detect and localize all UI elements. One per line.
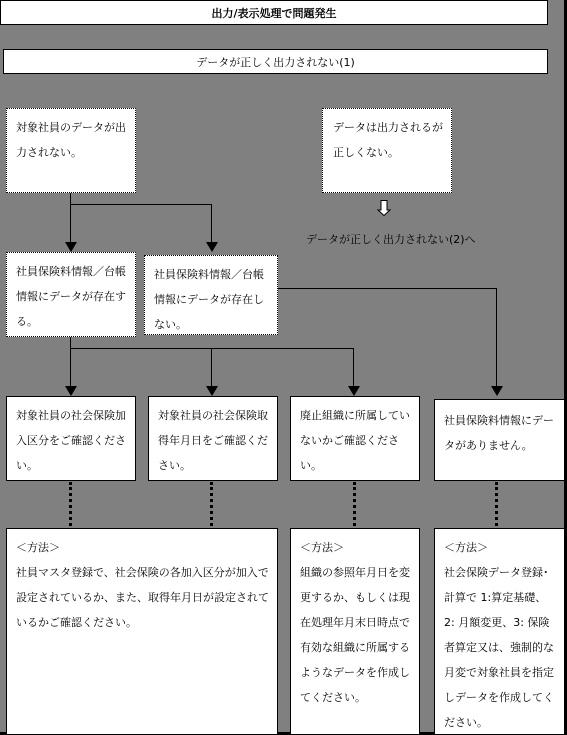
arrowhead-icon bbox=[65, 242, 77, 252]
connector-line bbox=[278, 288, 497, 289]
connector-line bbox=[211, 348, 212, 388]
method-text: 社員マスタ登録で、社会保険の各加入区分が加入で設定されているか、また、取得年月日… bbox=[16, 560, 269, 635]
connector-line bbox=[70, 204, 212, 205]
node-data-not-output: 対象社員のデータが出力されない。 bbox=[6, 108, 136, 193]
dotted-connector bbox=[353, 482, 359, 526]
method-social-insurance: ＜方法＞ 社会保険データ登録･計算で 1:算定基礎、2: 月額変更、3: 保険者… bbox=[434, 528, 565, 735]
node-check-abolished-org: 廃止組織に所属していないかご確認ください。 bbox=[290, 396, 420, 481]
redirect-note: データが正しく出力されない(2)へ bbox=[306, 231, 476, 247]
diagram-subtitle: データが正しく出力されない(1) bbox=[3, 49, 548, 74]
dotted-connector bbox=[69, 482, 75, 526]
method-text: 組織の参照年月日を変更するか、もしくは現在処理年月末日時点で有効な組織に所属する… bbox=[300, 560, 411, 710]
connector-line bbox=[353, 348, 354, 388]
method-label: ＜方法＞ bbox=[16, 535, 269, 560]
connector-line bbox=[70, 348, 354, 349]
method-label: ＜方法＞ bbox=[300, 535, 411, 560]
method-employee-master: ＜方法＞ 社員マスタ登録で、社会保険の各加入区分が加入で設定されているか、また、… bbox=[6, 528, 278, 735]
node-data-output-incorrect: データは出力されるが正しくない。 bbox=[322, 108, 452, 193]
node-check-acquired-date: 対象社員の社会保険取得年月日をご確認ください。 bbox=[148, 396, 278, 481]
diagram-title: 出力/表示処理で問題発生 bbox=[0, 0, 548, 25]
connector-line bbox=[70, 193, 71, 243]
method-organization: ＜方法＞ 組織の参照年月日を変更するか、もしくは現在処理年月末日時点で有効な組織… bbox=[290, 528, 420, 735]
arrowhead-icon bbox=[491, 386, 503, 396]
node-data-not-exists: 社員保険料情報／台帳情報にデータが存在しない。 bbox=[144, 255, 278, 335]
dotted-connector bbox=[495, 482, 501, 526]
arrowhead-icon bbox=[65, 386, 77, 396]
node-data-exists: 社員保険料情報／台帳情報にデータが存在する。 bbox=[6, 252, 136, 337]
method-label: ＜方法＞ bbox=[444, 535, 556, 560]
arrowhead-icon bbox=[206, 242, 218, 252]
hollow-down-arrow-icon bbox=[377, 200, 391, 216]
connector-line bbox=[70, 337, 71, 387]
arrowhead-icon bbox=[348, 386, 360, 396]
dotted-connector bbox=[210, 482, 216, 526]
arrowhead-icon bbox=[206, 386, 218, 396]
connector-line bbox=[211, 204, 212, 244]
method-text: 社会保険データ登録･計算で 1:算定基礎、2: 月額変更、3: 保険者算定又は、… bbox=[444, 560, 556, 735]
connector-line bbox=[496, 288, 497, 388]
node-check-enrollment: 対象社員の社会保険加入区分をご確認ください。 bbox=[6, 396, 136, 481]
node-no-premium-data: 社員保険料情報にデータがありません。 bbox=[434, 399, 565, 481]
